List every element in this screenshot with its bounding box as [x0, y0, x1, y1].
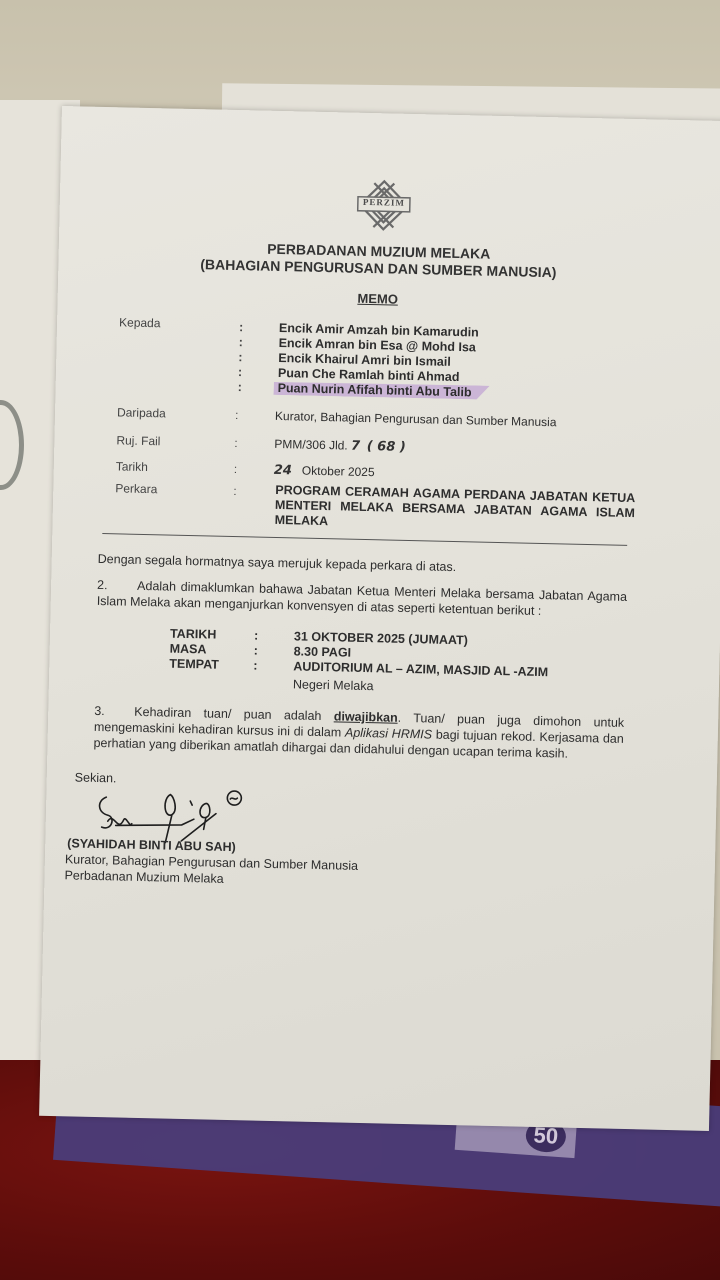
tarikh-value: 24 Oktober 2025 [274, 463, 375, 480]
tarikh-label: Tarikh [116, 459, 148, 474]
detail-location-state: Negeri Melaka [293, 677, 374, 693]
paragraph-2: 2.Adalah dimaklumkan bahawa Jabatan Ketu… [97, 577, 628, 621]
kepada-label: Kepada [119, 315, 161, 330]
hrmis-app-name: Aplikasi HRMIS [345, 726, 432, 742]
daripada-row: Daripada : Kurator, Bahagian Pengurusan … [55, 404, 720, 419]
handwritten-day: 24 [274, 463, 292, 478]
ruj-fail-value: PMM/306 Jld. 7 ( 68 ) [274, 437, 406, 455]
closing-text: Sekian. [75, 770, 117, 785]
opening-paragraph: Dengan segala hormatnya saya merujuk kep… [98, 551, 628, 579]
memo-document: PERZIM PERBADANAN MUZIUM MELAKA (BAHAGIA… [39, 106, 720, 1131]
paragraph-3: 3.Kehadiran tuan/ puan adalah diwajibkan… [93, 703, 624, 763]
perzim-logo-icon: PERZIM [355, 179, 412, 232]
header-divider [102, 533, 627, 546]
perkara-label: Perkara [115, 481, 157, 496]
binder-ring-icon [0, 400, 24, 490]
emphasis-mandatory: diwajibkan [334, 709, 398, 724]
daripada-value: Kurator, Bahagian Pengurusan dan Sumber … [275, 409, 557, 429]
perkara-value: PROGRAM CERAMAH AGAMA PERDANA JABATAN KE… [274, 483, 635, 536]
handwritten-file-number: ( 68 ) [367, 439, 406, 455]
daripada-label: Daripada [117, 405, 166, 420]
recipient-name: Puan Che Ramlah binti Ahmad [278, 366, 460, 384]
handwritten-volume: 7 [351, 439, 360, 454]
ruj-fail-label: Ruj. Fail [116, 433, 160, 448]
logo-text: PERZIM [356, 197, 412, 208]
signatory-organization: Perbadanan Muzium Melaka [64, 868, 223, 886]
ruj-fail-row: Ruj. Fail : PMM/306 Jld. 7 ( 68 ) [55, 432, 720, 447]
signatory-name: (SYAHIDAH BINTI ABU SAH) [67, 836, 236, 854]
memo-title: MEMO [338, 290, 418, 307]
tarikh-row: Tarikh : 24 Oktober 2025 [54, 458, 720, 473]
